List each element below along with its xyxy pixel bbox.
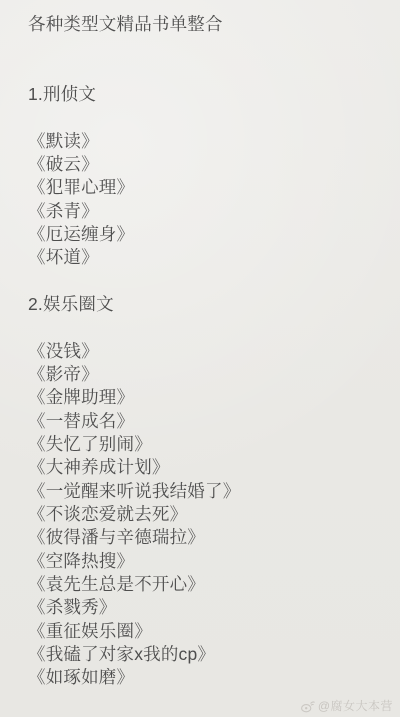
- section-heading: 2.娱乐圈文: [28, 293, 390, 316]
- book-title: 《大神养成计划》: [28, 456, 390, 479]
- book-title: 《默读》: [28, 130, 390, 153]
- book-title: 《杀青》: [28, 200, 390, 223]
- book-title: 《破云》: [28, 153, 390, 176]
- watermark-text: @腐女大本营: [318, 699, 393, 713]
- watermark: @腐女大本营: [300, 699, 393, 713]
- book-title: 《彼得潘与辛德瑞拉》: [28, 526, 390, 549]
- book-title: 《袁先生总是不开心》: [28, 573, 390, 596]
- book-list-image: 各种类型文精品书单整合 1.刑侦文《默读》《破云》《犯罪心理》《杀青》《厄运缠身…: [0, 0, 400, 717]
- book-title: 《坏道》: [28, 246, 390, 269]
- page-title: 各种类型文精品书单整合: [28, 13, 390, 36]
- book-title: 《不谈恋爱就去死》: [28, 503, 390, 526]
- book-title: 《重征娱乐圈》: [28, 620, 390, 643]
- book-title: 《失忆了别闹》: [28, 433, 390, 456]
- book-title: 《没钱》: [28, 340, 390, 363]
- book-section-2: 2.娱乐圈文《没钱》《影帝》《金牌助理》《一替成名》《失忆了别闹》《大神养成计划…: [28, 293, 390, 690]
- book-section-1: 1.刑侦文《默读》《破云》《犯罪心理》《杀青》《厄运缠身》《坏道》: [28, 83, 390, 270]
- book-title: 《金牌助理》: [28, 386, 390, 409]
- book-title: 《一觉醒来听说我结婚了》: [28, 480, 390, 503]
- book-title: 《我磕了对家x我的cp》: [28, 643, 390, 666]
- book-title: 《如琢如磨》: [28, 666, 390, 689]
- book-sections: 1.刑侦文《默读》《破云》《犯罪心理》《杀青》《厄运缠身》《坏道》2.娱乐圈文《…: [28, 83, 390, 690]
- book-title: 《犯罪心理》: [28, 176, 390, 199]
- weibo-icon: [300, 700, 315, 713]
- book-title: 《一替成名》: [28, 410, 390, 433]
- section-heading: 1.刑侦文: [28, 83, 390, 106]
- book-title: 《厄运缠身》: [28, 223, 390, 246]
- book-title: 《空降热搜》: [28, 550, 390, 573]
- book-title: 《影帝》: [28, 363, 390, 386]
- book-title: 《杀戮秀》: [28, 596, 390, 619]
